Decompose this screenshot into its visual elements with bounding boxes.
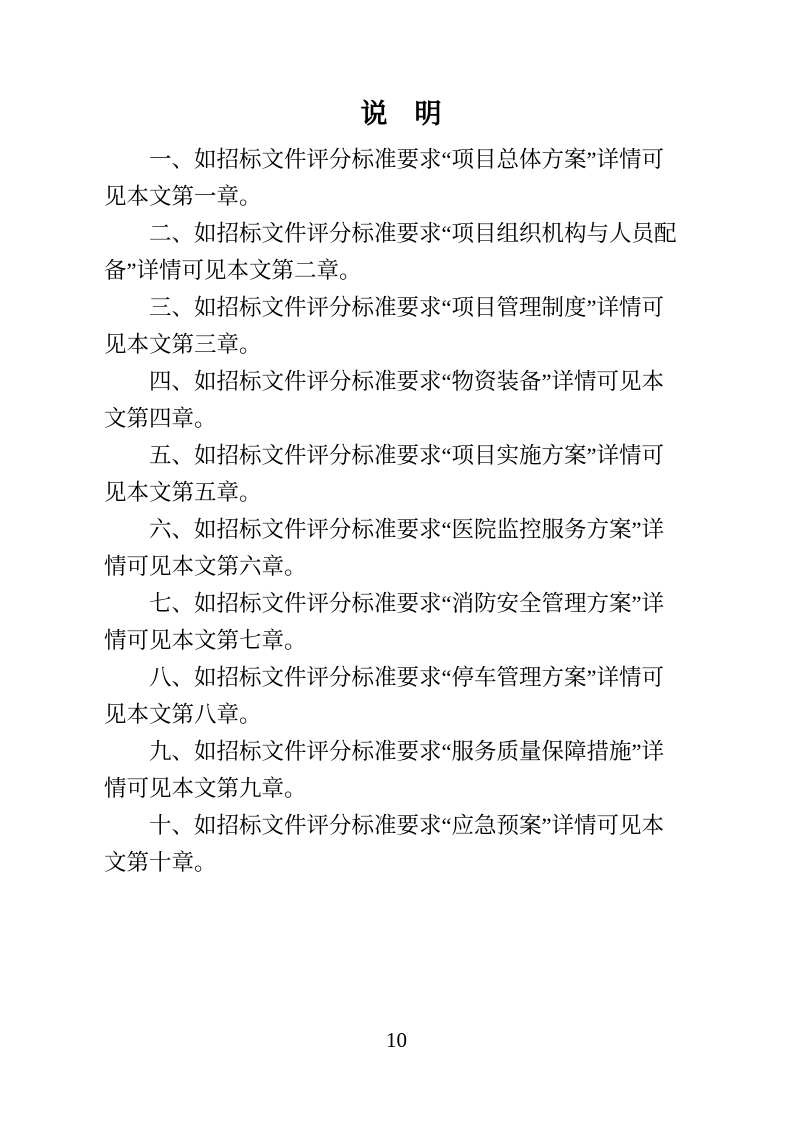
paragraph-line: 九、如招标文件评分标准要求“服务质量保障措施”详 — [104, 733, 698, 770]
paragraph-line: 四、如招标文件评分标准要求“物资装备”详情可见本 — [104, 363, 698, 400]
body-text: 一、如招标文件评分标准要求“项目总体方案”详情可 见本文第一章。 二、如招标文件… — [104, 141, 698, 881]
paragraph-line: 三、如招标文件评分标准要求“项目管理制度”详情可 — [104, 289, 698, 326]
paragraph-line: 见本文第五章。 — [104, 474, 698, 511]
paragraph-line: 七、如招标文件评分标准要求“消防安全管理方案”详 — [104, 585, 698, 622]
paragraph: 二、如招标文件评分标准要求“项目组织机构与人员配 备”详情可见本文第二章。 — [104, 215, 698, 289]
paragraph: 八、如招标文件评分标准要求“停车管理方案”详情可 见本文第八章。 — [104, 659, 698, 733]
paragraph-line: 五、如招标文件评分标准要求“项目实施方案”详情可 — [104, 437, 698, 474]
paragraph-line: 二、如招标文件评分标准要求“项目组织机构与人员配 — [104, 215, 698, 252]
paragraph-line: 见本文第一章。 — [104, 178, 698, 215]
paragraph-line: 情可见本文第六章。 — [104, 548, 698, 585]
page-content: 说 明 一、如招标文件评分标准要求“项目总体方案”详情可 见本文第一章。 二、如… — [104, 96, 698, 881]
paragraph-line: 一、如招标文件评分标准要求“项目总体方案”详情可 — [104, 141, 698, 178]
document-page: 说 明 一、如招标文件评分标准要求“项目总体方案”详情可 见本文第一章。 二、如… — [0, 0, 793, 1122]
paragraph: 四、如招标文件评分标准要求“物资装备”详情可见本 文第四章。 — [104, 363, 698, 437]
paragraph-line: 文第十章。 — [104, 844, 698, 881]
paragraph-line: 六、如招标文件评分标准要求“医院监控服务方案”详 — [104, 511, 698, 548]
paragraph-line: 文第四章。 — [104, 400, 698, 437]
paragraph-line: 备”详情可见本文第二章。 — [104, 252, 698, 289]
paragraph-line: 见本文第三章。 — [104, 326, 698, 363]
paragraph-line: 情可见本文第九章。 — [104, 770, 698, 807]
paragraph-line: 八、如招标文件评分标准要求“停车管理方案”详情可 — [104, 659, 698, 696]
paragraph: 七、如招标文件评分标准要求“消防安全管理方案”详 情可见本文第七章。 — [104, 585, 698, 659]
paragraph: 五、如招标文件评分标准要求“项目实施方案”详情可 见本文第五章。 — [104, 437, 698, 511]
paragraph: 九、如招标文件评分标准要求“服务质量保障措施”详 情可见本文第九章。 — [104, 733, 698, 807]
paragraph-line: 见本文第八章。 — [104, 696, 698, 733]
paragraph: 一、如招标文件评分标准要求“项目总体方案”详情可 见本文第一章。 — [104, 141, 698, 215]
paragraph-line: 情可见本文第七章。 — [104, 622, 698, 659]
paragraph: 十、如招标文件评分标准要求“应急预案”详情可见本 文第十章。 — [104, 807, 698, 881]
paragraph-line: 十、如招标文件评分标准要求“应急预案”详情可见本 — [104, 807, 698, 844]
paragraph: 三、如招标文件评分标准要求“项目管理制度”详情可 见本文第三章。 — [104, 289, 698, 363]
paragraph: 六、如招标文件评分标准要求“医院监控服务方案”详 情可见本文第六章。 — [104, 511, 698, 585]
page-number: 10 — [0, 1026, 793, 1054]
page-title: 说 明 — [104, 96, 698, 133]
